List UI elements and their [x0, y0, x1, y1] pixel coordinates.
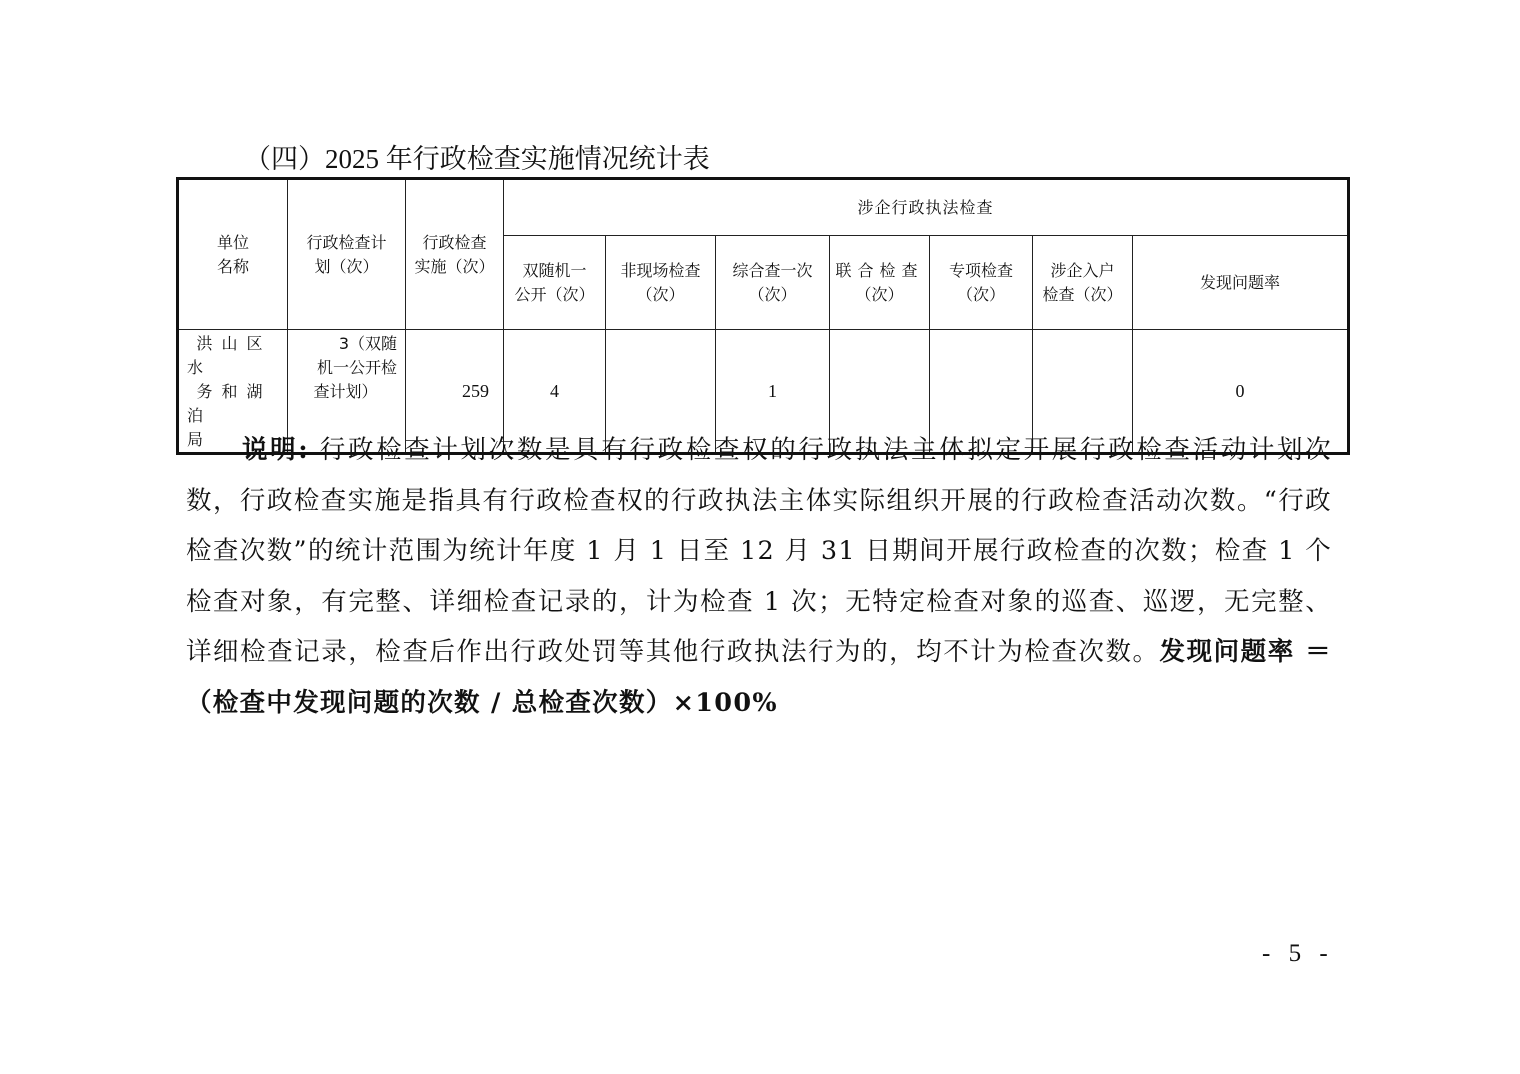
header-double-random-line1: 双随机一: [504, 259, 605, 283]
cell-plan-line2: 机一公开检: [294, 356, 397, 380]
header-double-random-line2: 公开（次）: [504, 283, 605, 307]
header-offsite-line1: 非现场检查: [606, 259, 715, 283]
header-unit-name-line2: 名称: [179, 255, 287, 279]
header-plan-line1: 行政检查计: [288, 231, 405, 255]
header-enterprise-entry: 涉企入户 检查（次）: [1033, 236, 1133, 330]
cell-unit-name-line2: 务和湖泊: [187, 380, 281, 428]
header-enterprise-group: 涉企行政执法检查: [504, 179, 1349, 236]
header-unit-name: 单位 名称: [178, 179, 288, 330]
cell-unit-name-line1: 洪山区水: [187, 332, 281, 380]
cell-plan-line1: 3（双随: [294, 332, 397, 356]
header-implemented-line1: 行政检查: [406, 231, 503, 255]
header-joint: 联合检查 （次）: [830, 236, 930, 330]
inspection-stats-table: 单位 名称 行政检查计 划（次） 行政检查 实施（次） 涉企行政执法检查 双随机…: [176, 177, 1350, 455]
table-title: （四）2025 年行政检查实施情况统计表: [244, 140, 710, 178]
header-comprehensive-once-line1: 综合查一次: [716, 259, 829, 283]
header-plan: 行政检查计 划（次）: [288, 179, 406, 330]
header-implemented: 行政检查 实施（次）: [406, 179, 504, 330]
page-number: - 5 -: [1262, 940, 1334, 968]
header-plan-line2: 划（次）: [288, 255, 405, 279]
header-special-line2: （次）: [930, 283, 1032, 307]
header-special-line1: 专项检查: [930, 259, 1032, 283]
explanatory-note: 说明: 行政检查计划次数是具有行政检查权的行政执法主体拟定开展行政检查活动计划次…: [186, 425, 1332, 728]
header-comprehensive-once: 综合查一次 （次）: [716, 236, 830, 330]
header-problem-rate: 发现问题率: [1133, 236, 1349, 330]
header-joint-line1: 联合检查: [830, 259, 929, 283]
note-label: 说明:: [242, 435, 309, 465]
header-offsite: 非现场检查 （次）: [606, 236, 716, 330]
header-row-1: 单位 名称 行政检查计 划（次） 行政检查 实施（次） 涉企行政执法检查: [178, 179, 1349, 236]
header-enterprise-entry-line1: 涉企入户: [1033, 259, 1132, 283]
header-special: 专项检查 （次）: [930, 236, 1033, 330]
header-comprehensive-once-line2: （次）: [716, 283, 829, 307]
header-double-random: 双随机一 公开（次）: [504, 236, 606, 330]
cell-plan-line3: 查计划）: [294, 380, 397, 404]
note-body: 行政检查计划次数是具有行政检查权的行政执法主体拟定开展行政检查活动计划次数，行政…: [186, 435, 1332, 667]
header-enterprise-entry-line2: 检查（次）: [1033, 283, 1132, 307]
header-unit-name-line1: 单位: [179, 231, 287, 255]
header-offsite-line2: （次）: [606, 283, 715, 307]
header-joint-line2: （次）: [830, 283, 929, 307]
header-implemented-line2: 实施（次）: [406, 255, 503, 279]
